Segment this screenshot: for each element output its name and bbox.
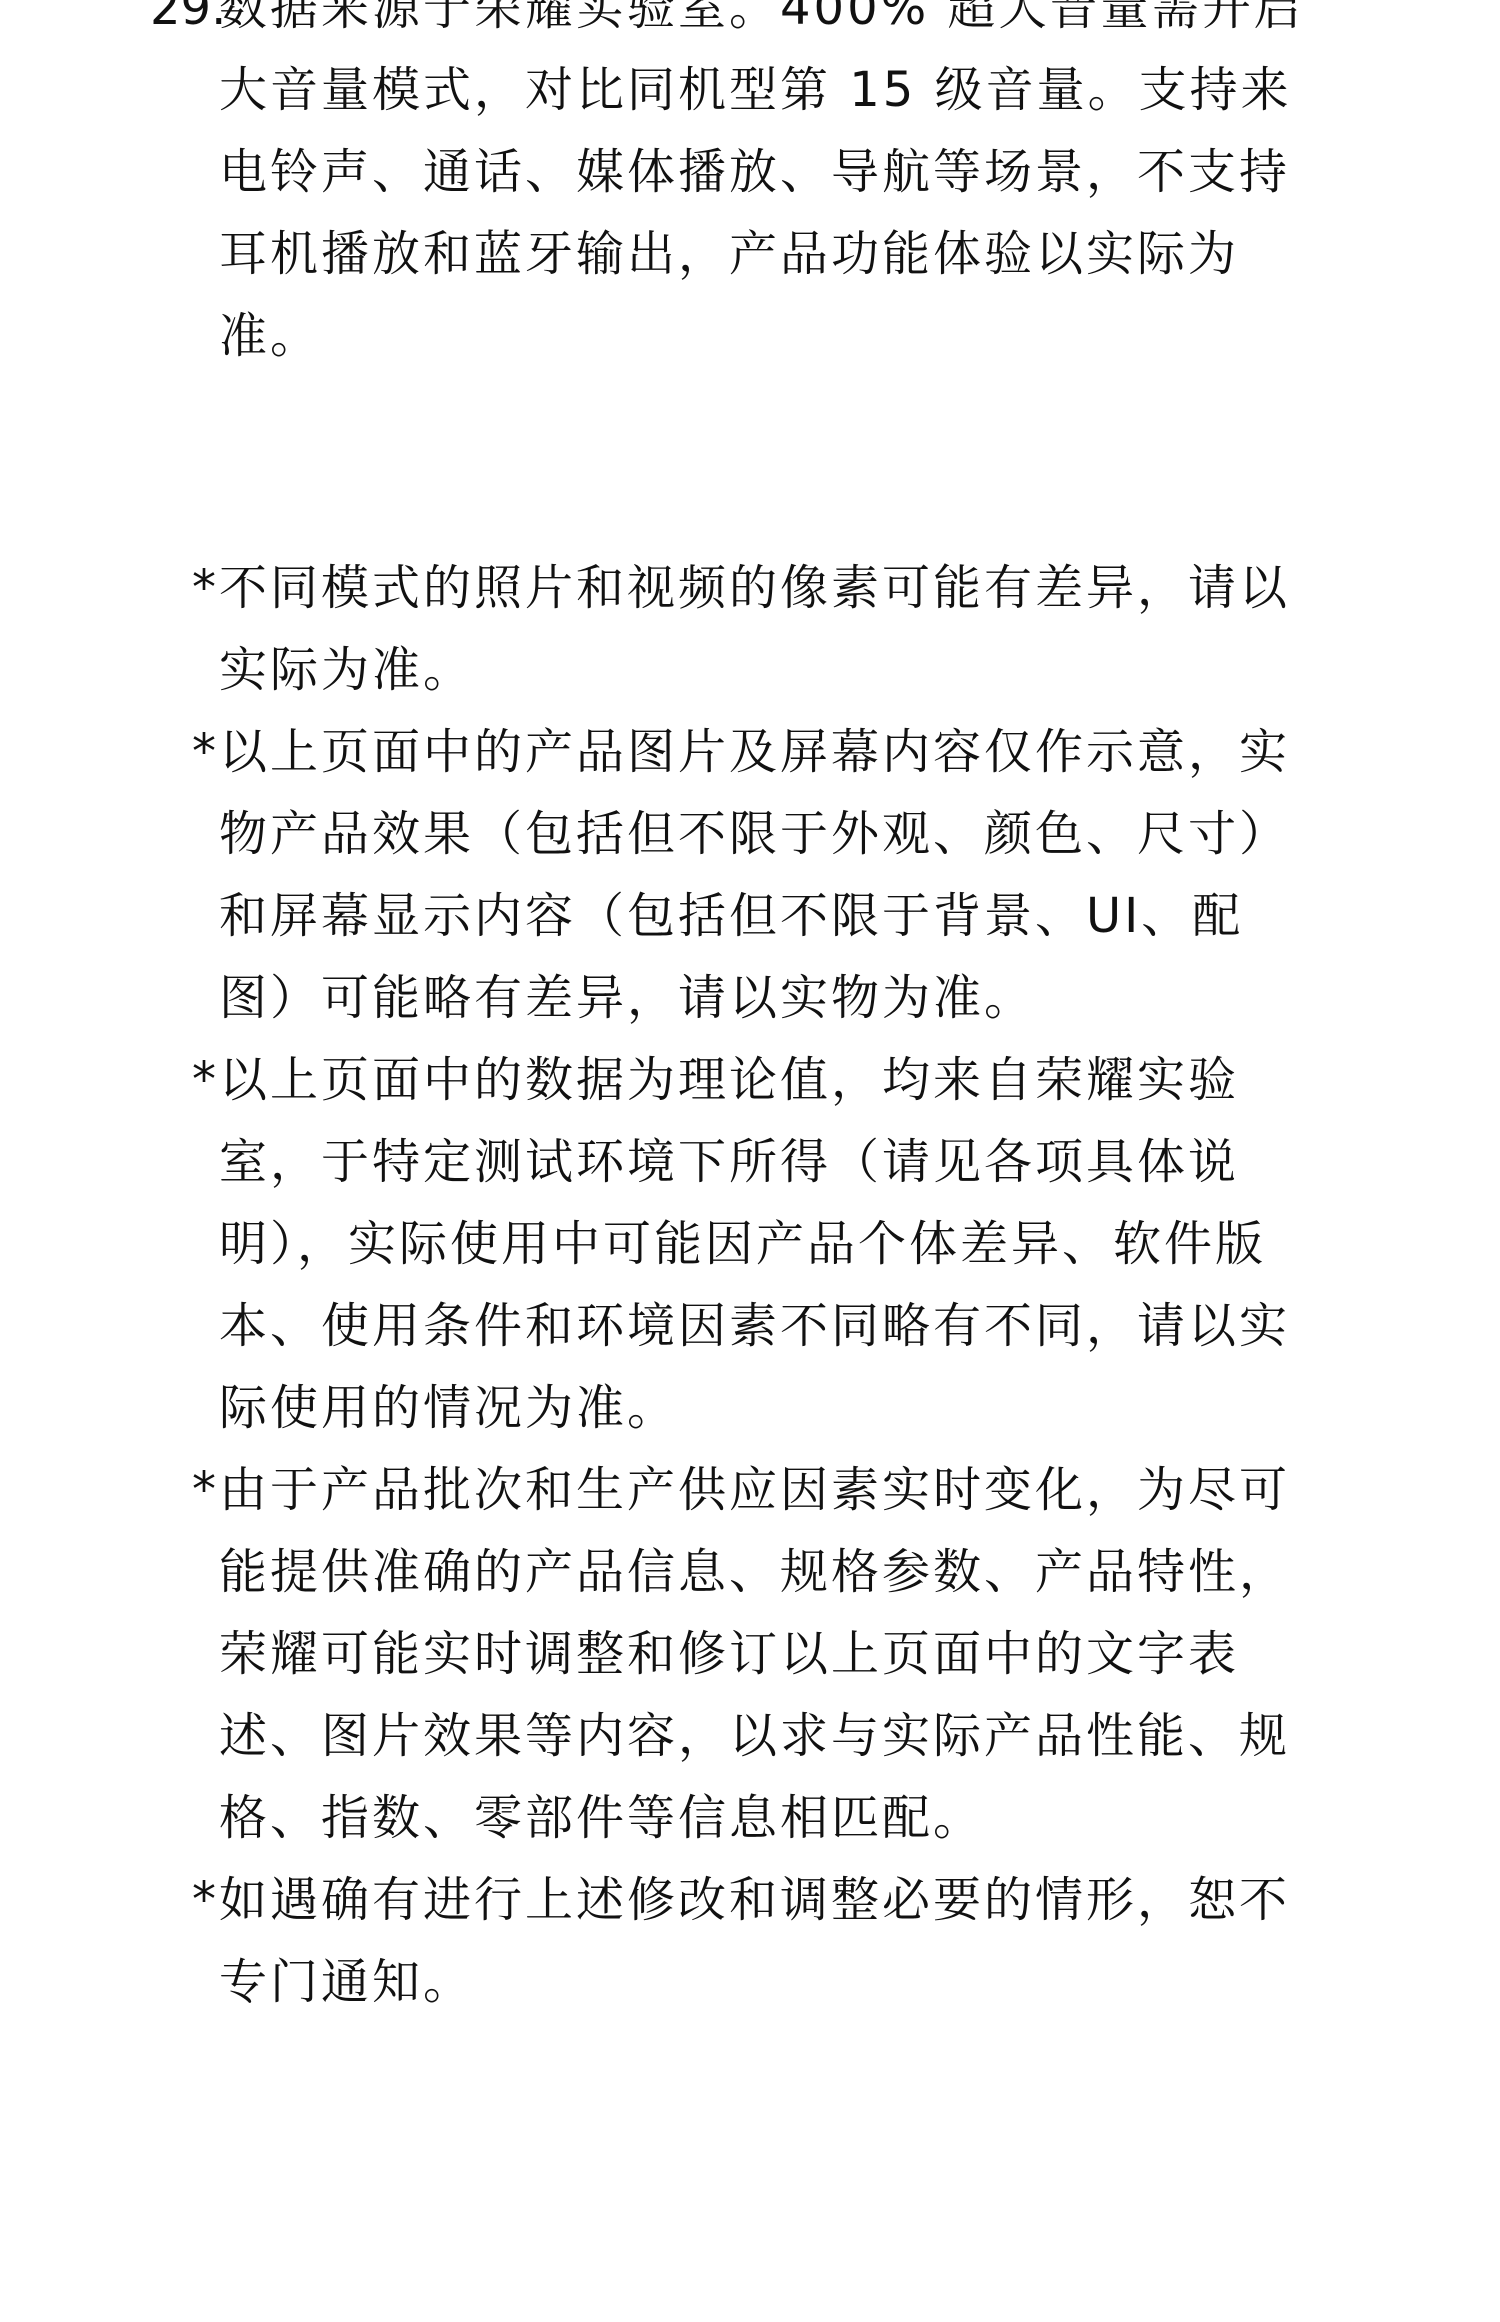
- disclaimer-text: 物产品效果（包括但不限于外观、颜色、尺寸）: [219, 793, 1290, 875]
- disclaimer-line: 际使用的情况为准。: [0, 1367, 1500, 1449]
- disclaimer-line: 图）可能略有差异，请以实物为准。: [0, 957, 1500, 1039]
- disclaimer-line: 物产品效果（包括但不限于外观、颜色、尺寸）: [0, 793, 1500, 875]
- disclaimer-item-pixels: * 不同模式的照片和视频的像素可能有差异，请以 实际为准。: [0, 547, 1500, 711]
- disclaimer-line: * 以上页面中的产品图片及屏幕内容仅作示意，实: [0, 711, 1500, 793]
- asterisk-marker: *: [192, 1039, 216, 1121]
- disclaimer-text: 荣耀可能实时调整和修订以上页面中的文字表: [219, 1613, 1239, 1695]
- disclaimer-line: * 不同模式的照片和视频的像素可能有差异，请以: [0, 547, 1500, 629]
- asterisk-marker: *: [192, 1449, 216, 1531]
- disclaimer-text: 能提供准确的产品信息、规格参数、产品特性，: [219, 1531, 1290, 1613]
- disclaimer-line: 明），实际使用中可能因产品个体差异、软件版: [0, 1203, 1500, 1285]
- disclaimer-line: 专门通知。: [0, 1941, 1500, 2023]
- disclaimer-text: 图）可能略有差异，请以实物为准。: [219, 957, 1035, 1039]
- disclaimer-text: 以上页面中的产品图片及屏幕内容仅作示意，实: [219, 711, 1290, 793]
- disclaimer-text: 如遇确有进行上述修改和调整必要的情形，恕不: [219, 1859, 1290, 1941]
- disclaimer-line: 和屏幕显示内容（包括但不限于背景、UI、配: [0, 875, 1500, 957]
- asterisk-marker: *: [192, 711, 216, 793]
- disclaimer-line: * 由于产品批次和生产供应因素实时变化，为尽可: [0, 1449, 1500, 1531]
- footnote-text: 耳机播放和蓝牙输出，产品功能体验以实际为: [219, 213, 1239, 295]
- footnote-line: 电铃声、通话、媒体播放、导航等场景，不支持: [0, 131, 1500, 213]
- disclaimer-text: 实际为准。: [219, 629, 474, 711]
- footnote-number: 29.: [150, 0, 226, 49]
- footnote-text: 大音量模式，对比同机型第 15 级音量。支持来: [219, 49, 1292, 131]
- asterisk-marker: *: [192, 1859, 216, 1941]
- disclaimer-text: 明），实际使用中可能因产品个体差异、软件版: [219, 1203, 1266, 1285]
- disclaimer-text: 际使用的情况为准。: [219, 1367, 678, 1449]
- disclaimer-line: 能提供准确的产品信息、规格参数、产品特性，: [0, 1531, 1500, 1613]
- disclaimer-line: 格、指数、零部件等信息相匹配。: [0, 1777, 1500, 1859]
- footnote-line: 耳机播放和蓝牙输出，产品功能体验以实际为: [0, 213, 1500, 295]
- disclaimer-text: 以上页面中的数据为理论值，均来自荣耀实验: [219, 1039, 1239, 1121]
- disclaimer-line: 荣耀可能实时调整和修订以上页面中的文字表: [0, 1613, 1500, 1695]
- disclaimer-text: 本、使用条件和环境因素不同略有不同，请以实: [219, 1285, 1290, 1367]
- disclaimer-line: * 以上页面中的数据为理论值，均来自荣耀实验: [0, 1039, 1500, 1121]
- footnote-29: 29. 数据来源于荣耀实验室。400% 超大音量需开启 大音量模式，对比同机型第…: [0, 0, 1500, 377]
- disclaimer-text: 专门通知。: [219, 1941, 474, 2023]
- footnote-line: 29. 数据来源于荣耀实验室。400% 超大音量需开启: [0, 0, 1500, 49]
- footnote-line: 大音量模式，对比同机型第 15 级音量。支持来: [0, 49, 1500, 131]
- disclaimer-item-images: * 以上页面中的产品图片及屏幕内容仅作示意，实 物产品效果（包括但不限于外观、颜…: [0, 711, 1500, 1039]
- document-page: 29. 数据来源于荣耀实验室。400% 超大音量需开启 大音量模式，对比同机型第…: [0, 0, 1500, 2322]
- disclaimer-list: * 不同模式的照片和视频的像素可能有差异，请以 实际为准。 * 以上页面中的产品…: [0, 547, 1500, 2023]
- asterisk-marker: *: [192, 547, 216, 629]
- footnote-line: 准。: [0, 295, 1500, 377]
- footnote-text: 准。: [219, 295, 321, 377]
- disclaimer-text: 述、图片效果等内容，以求与实际产品性能、规: [219, 1695, 1290, 1777]
- footnote-text: 电铃声、通话、媒体播放、导航等场景，不支持: [219, 131, 1290, 213]
- disclaimer-text: 室，于特定测试环境下所得（请见各项具体说: [219, 1121, 1239, 1203]
- disclaimer-item-data: * 以上页面中的数据为理论值，均来自荣耀实验 室，于特定测试环境下所得（请见各项…: [0, 1039, 1500, 1449]
- disclaimer-item-revisions: * 由于产品批次和生产供应因素实时变化，为尽可 能提供准确的产品信息、规格参数、…: [0, 1449, 1500, 1859]
- disclaimer-line: 室，于特定测试环境下所得（请见各项具体说: [0, 1121, 1500, 1203]
- disclaimer-item-notice: * 如遇确有进行上述修改和调整必要的情形，恕不 专门通知。: [0, 1859, 1500, 2023]
- disclaimer-text: 格、指数、零部件等信息相匹配。: [219, 1777, 984, 1859]
- disclaimer-text: 由于产品批次和生产供应因素实时变化，为尽可: [219, 1449, 1290, 1531]
- disclaimer-text: 不同模式的照片和视频的像素可能有差异，请以: [219, 547, 1290, 629]
- disclaimer-line: 实际为准。: [0, 629, 1500, 711]
- disclaimer-line: 述、图片效果等内容，以求与实际产品性能、规: [0, 1695, 1500, 1777]
- disclaimer-line: * 如遇确有进行上述修改和调整必要的情形，恕不: [0, 1859, 1500, 1941]
- footnote-text: 数据来源于荣耀实验室。400% 超大音量需开启: [219, 0, 1305, 49]
- disclaimer-text: 和屏幕显示内容（包括但不限于背景、UI、配: [219, 875, 1243, 957]
- disclaimer-line: 本、使用条件和环境因素不同略有不同，请以实: [0, 1285, 1500, 1367]
